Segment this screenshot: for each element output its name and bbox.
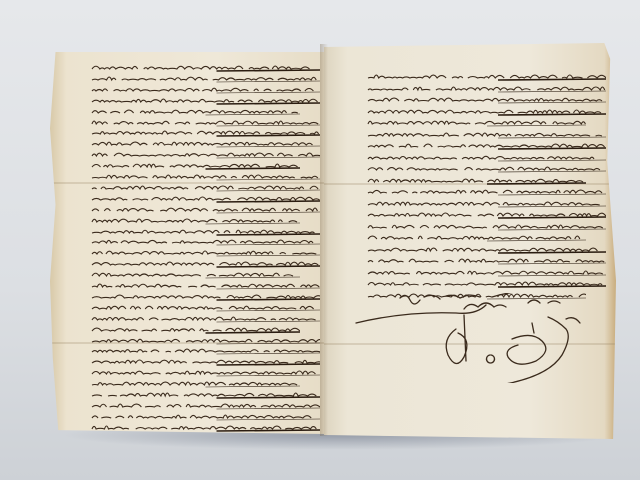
handwritten-line: [90, 367, 320, 378]
handwritten-line: [90, 291, 320, 302]
handwritten-line: [90, 356, 320, 367]
book-gutter: [320, 44, 328, 436]
handwritten-line: [90, 138, 320, 149]
handwritten-line: [90, 258, 320, 269]
handwritten-line: [90, 324, 300, 335]
handwritten-line: [366, 244, 606, 255]
handwritten-line: [90, 345, 320, 356]
handwritten-line: [90, 117, 320, 128]
handwritten-line: [90, 84, 320, 95]
handwritten-line: [90, 204, 320, 215]
handwritten-line: [366, 175, 586, 186]
signature-block: [352, 293, 616, 383]
handwritten-line: [90, 106, 300, 117]
handwritten-line: [90, 280, 320, 291]
handwritten-line: [366, 278, 606, 289]
handwritten-line: [90, 236, 320, 247]
handwritten-line: [90, 127, 320, 138]
handwritten-line: [90, 411, 320, 422]
handwritten-line: [90, 247, 320, 258]
handwritten-line: [366, 267, 606, 278]
handwritten-line: [90, 269, 300, 280]
handwritten-line: [90, 193, 320, 204]
handwritten-line: [366, 106, 606, 117]
handwritten-line: [366, 198, 606, 209]
handwritten-line: [90, 422, 320, 433]
handwritten-line: [90, 215, 300, 226]
handwritten-line: [366, 94, 606, 105]
handwritten-line: [366, 221, 606, 232]
handwritten-line: [90, 62, 320, 73]
handwritten-line: [90, 400, 320, 411]
handwritten-line: [90, 182, 320, 193]
handwritten-line: [366, 209, 606, 220]
right-page: Right page — handwritten text ending wit…: [324, 43, 616, 439]
handwritten-line: [90, 73, 320, 84]
handwritten-line: [90, 149, 320, 160]
handwritten-line: [90, 313, 320, 324]
handwritten-line: [366, 117, 586, 128]
handwritten-line: [90, 389, 320, 400]
handwritten-line: [90, 171, 320, 182]
signature-flourish-icon: [352, 293, 616, 383]
handwritten-line: [366, 232, 586, 243]
handwritten-line: [366, 83, 606, 94]
handwritten-line: [90, 302, 320, 313]
handwritten-line: [90, 335, 320, 346]
handwritten-line: [366, 129, 606, 140]
handwritten-line: [90, 160, 300, 171]
handwritten-line: [366, 140, 606, 151]
handwritten-line: [366, 152, 606, 163]
handwritten-line: [90, 378, 300, 389]
handwritten-line: [366, 255, 606, 266]
handwritten-line: [90, 226, 320, 237]
handwritten-line: [366, 163, 606, 174]
handwritten-line: [90, 95, 320, 106]
left-page: Left page — dense handwritten text: [50, 52, 326, 434]
handwritten-line: [366, 186, 606, 197]
handwritten-line: [366, 71, 606, 82]
